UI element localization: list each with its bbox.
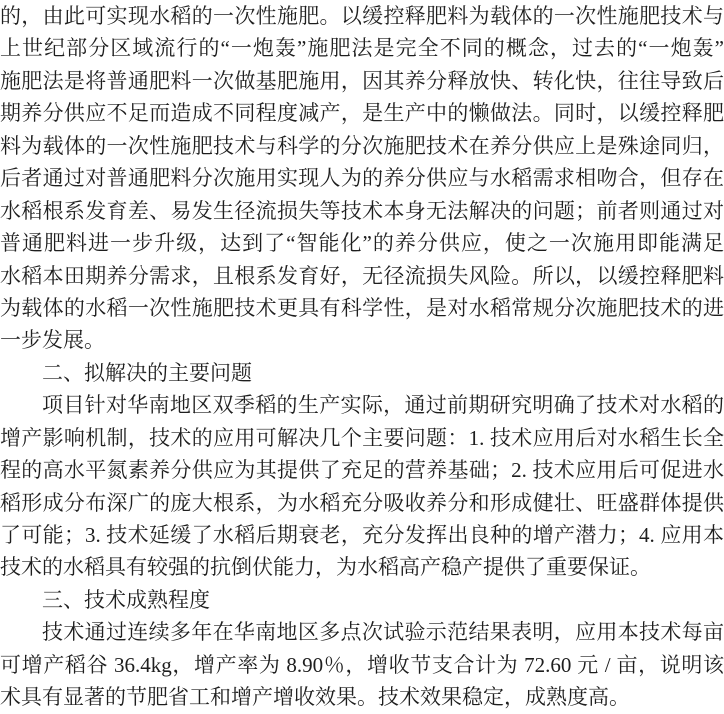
text-line: 了可能；3. 技术延缓了水稻后期衰老，充分发挥出良种的增产潜力；4. 应用本: [0, 519, 724, 551]
text-line: 的，由此可实现水稻的一次性施肥。以缓控释肥料为载体的一次性施肥技术与: [0, 0, 724, 32]
text-line: 为载体的水稻一次性施肥技术更具有科学性，是对水稻常规分次施肥技术的进: [0, 292, 724, 324]
document-page: 的，由此可实现水稻的一次性施肥。以缓控释肥料为载体的一次性施肥技术与上世纪部分区…: [0, 0, 724, 714]
heading-section-3: 三、技术成熟程度: [0, 584, 724, 616]
text-line: 普通肥料进一步升级，达到了“智能化”的养分供应，使之一次施用即能满足: [0, 227, 724, 259]
text-line: 施肥法是将普通肥料一次做基肥施用，因其养分释放快、转化快，往往导致后: [0, 65, 724, 97]
text-line: 上世纪部分区域流行的“一炮轰”施肥法是完全不同的概念，过去的“一炮轰”: [0, 32, 724, 64]
text-line: 后者通过对普通肥料分次施用实现人为的养分供应与水稻需求相吻合，但存在: [0, 162, 724, 194]
text-line: 水稻本田期养分需求，且根系发育好，无径流损失风险。所以，以缓控释肥料: [0, 260, 724, 292]
text-line: 技术通过连续多年在华南地区多点次试验示范结果表明，应用本技术每亩: [0, 616, 724, 648]
text-line: 一步发展。: [0, 324, 724, 356]
heading-line: 二、拟解决的主要问题: [0, 357, 724, 389]
paragraph-section-3: 技术通过连续多年在华南地区多点次试验示范结果表明，应用本技术每亩可增产稻谷 36…: [0, 616, 724, 713]
text-line: 程的高水平氮素养分供应为其提供了充足的营养基础；2. 技术应用后可促进水: [0, 454, 724, 486]
text-line: 稻形成分布深广的庞大根系，为水稻充分吸收养分和形成健壮、旺盛群体提供: [0, 487, 724, 519]
paragraph-section-2: 项目针对华南地区双季稻的生产实际，通过前期研究明确了技术对水稻的增产影响机制，技…: [0, 389, 724, 584]
heading-line: 三、技术成熟程度: [0, 584, 724, 616]
document-body: 的，由此可实现水稻的一次性施肥。以缓控释肥料为载体的一次性施肥技术与上世纪部分区…: [0, 0, 724, 714]
heading-section-2: 二、拟解决的主要问题: [0, 357, 724, 389]
text-line: 料为载体的一次性施肥技术与科学的分次施肥技术在养分供应上是殊途同归，: [0, 130, 724, 162]
text-line: 可增产稻谷 36.4kg，增产率为 8.90％，增收节支合计为 72.60 元 …: [0, 649, 724, 681]
text-line: 术具有显著的节肥省工和增产增收效果。技术效果稳定，成熟度高。: [0, 681, 724, 713]
text-line: 增产影响机制，技术的应用可解决几个主要问题：1. 技术应用后对水稻生长全: [0, 422, 724, 454]
text-line: 水稻根系发育差、易发生径流损失等技术本身无法解决的问题；前者则通过对: [0, 195, 724, 227]
text-line: 技术的水稻具有较强的抗倒伏能力，为水稻高产稳产提供了重要保证。: [0, 551, 724, 583]
text-line: 期养分供应不足而造成不同程度减产，是生产中的懒做法。同时，以缓控释肥: [0, 97, 724, 129]
paragraph-continued: 的，由此可实现水稻的一次性施肥。以缓控释肥料为载体的一次性施肥技术与上世纪部分区…: [0, 0, 724, 357]
text-line: 项目针对华南地区双季稻的生产实际，通过前期研究明确了技术对水稻的: [0, 389, 724, 421]
